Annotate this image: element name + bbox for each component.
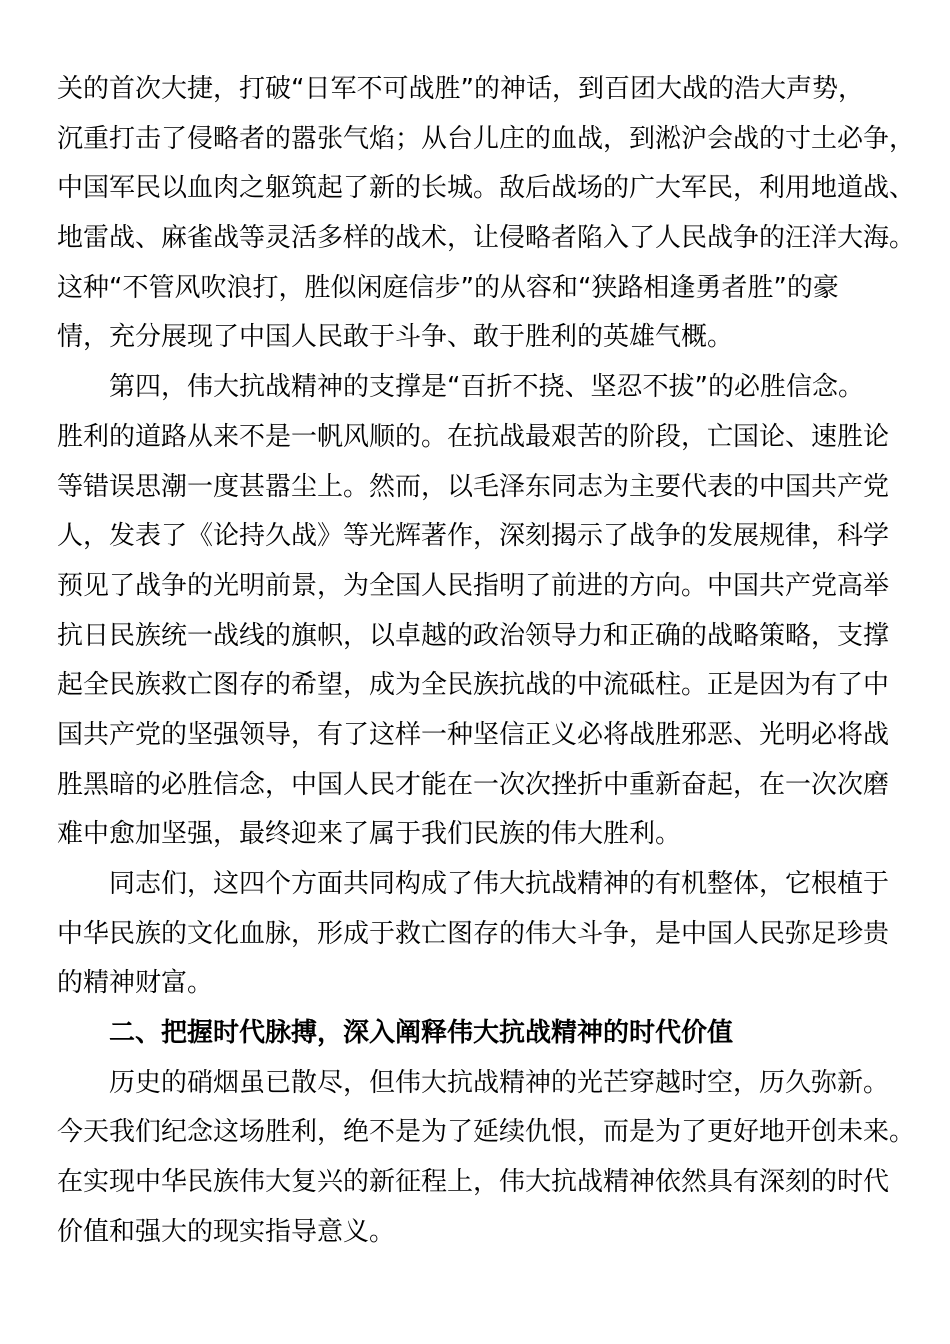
section-heading: 二、把握时代脉搏，深入阐释伟大抗战精神的时代价值 (57, 1009, 893, 1059)
text-line: 国共产党的坚强领导，有了这样一种坚信正义必将战胜邪恶、光明必将战 (57, 711, 893, 761)
text-line: 今天我们纪念这场胜利，绝不是为了延续仇恨，而是为了更好地开创未来。 (57, 1108, 893, 1158)
text-line: 抗日民族统一战线的旗帜，以卓越的政治领导力和正确的战略策略，支撑 (57, 612, 893, 662)
paragraph-first-line: 历史的硝烟虽已散尽，但伟大抗战精神的光芒穿越时空，历久弥新。 (57, 1059, 893, 1109)
text-line: 这种“不管风吹浪打，胜似闲庭信步”的从容和“狭路相逢勇者胜”的豪 (57, 264, 893, 314)
text-line: 的精神财富。 (57, 959, 893, 1009)
text-line: 中华民族的文化血脉，形成于救亡图存的伟大斗争，是中国人民弥足珍贵 (57, 910, 893, 960)
text-line: 胜利的道路从来不是一帆风顺的。在抗战最艰苦的阶段，亡国论、速胜论 (57, 413, 893, 463)
text-line: 等错误思潮一度甚嚣尘上。然而，以毛泽东同志为主要代表的中国共产党 (57, 463, 893, 513)
document-body: 关的首次大捷，打破“日军不可战胜”的神话，到百团大战的浩大声势， 沉重打击了侵略… (57, 65, 893, 1258)
paragraph-first-line: 同志们，这四个方面共同构成了伟大抗战精神的有机整体，它根植于 (57, 860, 893, 910)
document-page: { "page": { "background_color": "#ffffff… (0, 0, 950, 1344)
text-line: 难中愈加坚强，最终迎来了属于我们民族的伟大胜利。 (57, 810, 893, 860)
text-line: 起全民族救亡图存的希望，成为全民族抗战的中流砥柱。正是因为有了中 (57, 661, 893, 711)
text-line: 关的首次大捷，打破“日军不可战胜”的神话，到百团大战的浩大声势， (57, 65, 893, 115)
text-line: 胜黑暗的必胜信念，中国人民才能在一次次挫折中重新奋起，在一次次磨 (57, 761, 893, 811)
text-line: 情，充分展现了中国人民敢于斗争、敢于胜利的英雄气概。 (57, 313, 893, 363)
text-line: 中国军民以血肉之躯筑起了新的长城。敌后战场的广大军民，利用地道战、 (57, 164, 893, 214)
text-line: 预见了战争的光明前景，为全国人民指明了前进的方向。中国共产党高举 (57, 562, 893, 612)
paragraph-first-line: 第四，伟大抗战精神的支撑是“百折不挠、坚忍不拔”的必胜信念。 (57, 363, 893, 413)
text-line: 价值和强大的现实指导意义。 (57, 1208, 893, 1258)
text-line: 在实现中华民族伟大复兴的新征程上，伟大抗战精神依然具有深刻的时代 (57, 1158, 893, 1208)
text-line: 沉重打击了侵略者的嚣张气焰；从台儿庄的血战，到淞沪会战的寸土必争， (57, 115, 893, 165)
text-line: 地雷战、麻雀战等灵活多样的战术，让侵略者陷入了人民战争的汪洋大海。 (57, 214, 893, 264)
text-line: 人，发表了《论持久战》等光辉著作，深刻揭示了战争的发展规律，科学 (57, 512, 893, 562)
